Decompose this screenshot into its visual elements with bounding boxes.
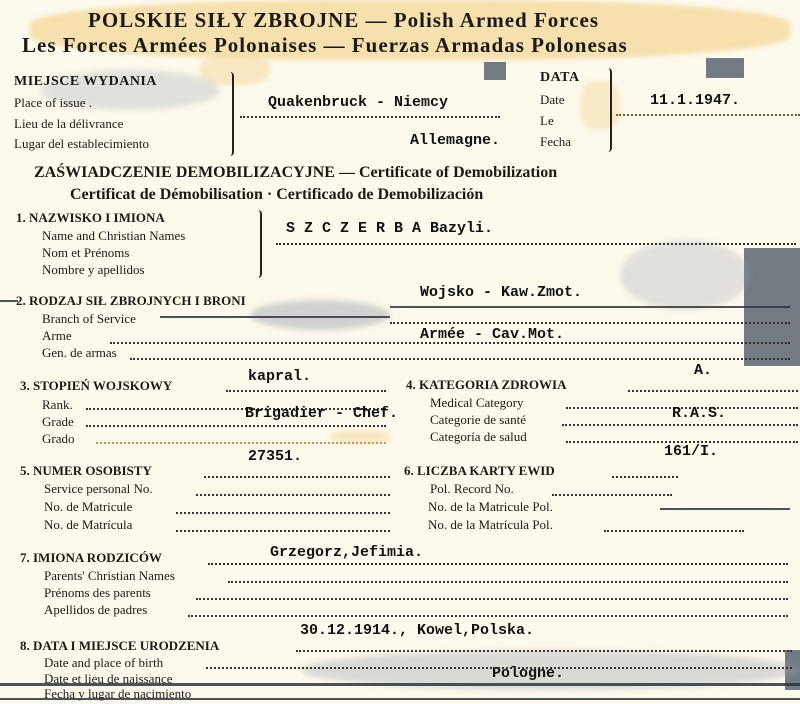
parents-label-en: Parents' Christian Names: [44, 568, 175, 584]
dotted-line: [240, 116, 500, 118]
strike-line: [160, 316, 390, 318]
dotted-line: [204, 476, 390, 478]
dotted-line: [86, 425, 386, 427]
rank-label-en: Rank.: [42, 397, 73, 413]
ink-blotch: [706, 58, 744, 78]
branch-value: Wojsko - Kaw.Zmot.: [420, 284, 582, 301]
strike-line: [0, 300, 18, 302]
dotted-line: [228, 581, 788, 583]
dotted-line: [188, 615, 788, 617]
branch-label-pl: 2. RODZAJ SIŁ ZBROJNYCH I BRONI: [16, 293, 246, 309]
name-label-pl: 1. NAZWISKO I IMIONA: [16, 210, 165, 226]
header-line-2: Les Forces Armées Polonaises — Fuerzas A…: [22, 33, 628, 58]
record-no-label-fr: No. de la Matricule Pol.: [428, 499, 553, 515]
paper-stain: [580, 80, 620, 130]
medical-label-pl: 4. KATEGORIA ZDROWIA: [406, 377, 566, 393]
record-no-label-pl: 6. LICZBA KARTY EWID: [404, 463, 555, 479]
service-no-label-pl: 5. NUMER OSOBISTY: [20, 463, 152, 479]
certificate-page: POLSKIE SIŁY ZBROJNE — Polish Armed Forc…: [0, 0, 800, 704]
rank-label-es: Grado: [42, 431, 75, 447]
dotted-line: [196, 494, 390, 496]
date-value: 11.1.1947.: [650, 92, 740, 109]
name-label-fr: Nom et Prénoms: [42, 245, 129, 261]
name-label-es: Nombre y apellidos: [42, 262, 145, 278]
date-label-es: Fecha: [540, 134, 571, 150]
name-label-en: Name and Christian Names: [42, 228, 185, 244]
birth-value: 30.12.1914., Kowel,Polska.: [300, 622, 534, 639]
rank-label-fr: Grade: [42, 414, 74, 430]
dotted-line: [196, 598, 788, 600]
strike-line: [390, 306, 790, 308]
birth-label-en: Date and place of birth: [44, 655, 163, 671]
header-line-1: POLSKIE SIŁY ZBROJNE — Polish Armed Forc…: [88, 8, 599, 33]
dotted-line: [206, 667, 792, 669]
ink-blotch: [484, 62, 506, 80]
dotted-line: [616, 114, 800, 116]
dotted-line: [276, 243, 796, 245]
dotted-line: [628, 390, 798, 392]
medical-label-fr: Categorie de santé: [430, 412, 526, 428]
certificate-title-1: ZAŚWIADCZENIE DEMOBILIZACYJNE — Certific…: [34, 164, 557, 182]
medical-label-en: Medical Category: [430, 395, 524, 411]
place-label-fr: Lieu de la délivrance: [14, 116, 123, 132]
dotted-line: [96, 442, 386, 444]
smudge: [250, 300, 390, 330]
parents-label-es: Apellidos de padres: [44, 602, 147, 618]
dotted-line: [176, 530, 390, 532]
branch-label-fr: Arme: [42, 328, 72, 344]
strike-line: [660, 508, 790, 510]
dotted-line: [552, 494, 672, 496]
dotted-line: [612, 476, 678, 478]
branch-value-fr: Armée - Cav.Mot.: [420, 326, 564, 343]
dotted-line: [562, 424, 798, 426]
strike-line: [0, 683, 800, 686]
name-value: S Z C Z E R B A Bazyli.: [286, 220, 493, 237]
medical-value-fr: R.A.S.: [672, 405, 726, 422]
dotted-line: [130, 358, 790, 360]
place-label-en: Place of issue .: [14, 95, 92, 111]
date-label-en: Date: [540, 92, 565, 108]
record-no-label-en: Pol. Record No.: [430, 481, 514, 497]
medical-value: A.: [694, 362, 712, 379]
parents-value: Grzegorz,Jefimia.: [270, 544, 423, 561]
date-label-fr: Le: [540, 113, 554, 129]
certificate-title-2: Certificat de Démobilisation · Certifica…: [70, 186, 483, 204]
service-no-label-en: Service personal No.: [44, 481, 153, 497]
brace: [604, 68, 612, 152]
record-no-value: 161/I.: [664, 443, 718, 460]
service-no-value: 27351.: [248, 448, 302, 465]
date-label-pl: DATA: [540, 70, 580, 86]
dotted-line: [604, 530, 744, 532]
brace: [254, 210, 262, 278]
dotted-line: [390, 322, 790, 324]
parents-label-fr: Prénoms des parents: [44, 585, 151, 601]
rank-value: kapral.: [248, 368, 311, 385]
service-no-label-fr: No. de Matricule: [44, 499, 132, 515]
strike-line: [0, 698, 800, 700]
place-label-es: Lugar del establecimiento: [14, 136, 149, 152]
medical-label-es: Categoría de salud: [430, 429, 527, 445]
smudge: [620, 240, 750, 310]
service-no-label-es: No. de Matrícula: [44, 517, 132, 533]
dotted-line: [110, 342, 790, 344]
dotted-line: [208, 563, 788, 565]
branch-label-es: Gen. de armas: [42, 345, 117, 361]
rank-value-fr: Brigadier - Chef.: [245, 405, 398, 422]
rank-label-pl: 3. STOPIEŃ WOJSKOWY: [20, 378, 172, 394]
record-no-label-es: No. de la Matrícula Pol.: [428, 517, 553, 533]
place-label-pl: MIEJSCE WYDANIA: [14, 74, 157, 90]
dotted-line: [296, 650, 792, 652]
place-value-country: Allemagne.: [410, 132, 500, 149]
dotted-line: [226, 390, 386, 392]
branch-label-en: Branch of Service: [42, 311, 136, 327]
dotted-line: [176, 512, 390, 514]
birth-label-pl: 8. DATA I MIEJSCE URODZENIA: [20, 638, 219, 654]
brace: [226, 72, 234, 156]
place-value: Quakenbruck - Niemcy: [268, 94, 448, 111]
parents-label-pl: 7. IMIONA RODZICÓW: [20, 550, 162, 566]
